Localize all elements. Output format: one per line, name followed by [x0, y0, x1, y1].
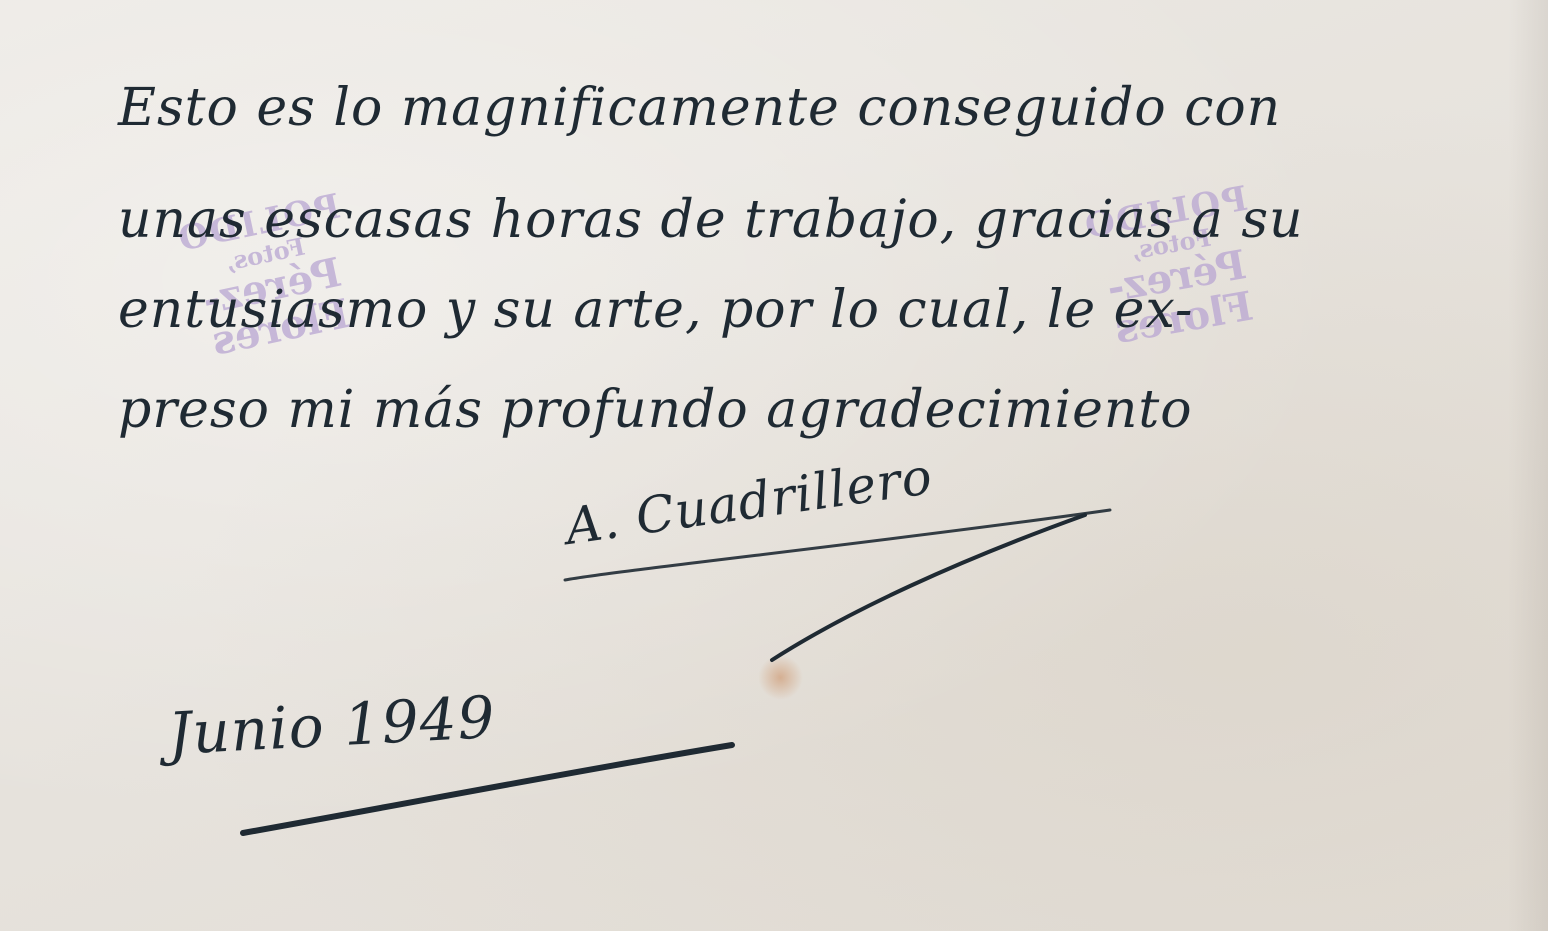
paper-edge-shadow	[1508, 0, 1548, 931]
paper-background	[0, 0, 1548, 931]
handwritten-line-2: unas escasas horas de trabajo, gracias a…	[118, 190, 1304, 250]
handwritten-line-1: Esto es lo magnificamente conseguido con	[118, 78, 1281, 138]
paper-stain	[758, 655, 803, 700]
handwritten-line-3: entusiasmo y su arte, por lo cual, le ex…	[118, 280, 1193, 340]
handwritten-line-4: preso mi más profundo agradecimiento	[118, 380, 1193, 440]
